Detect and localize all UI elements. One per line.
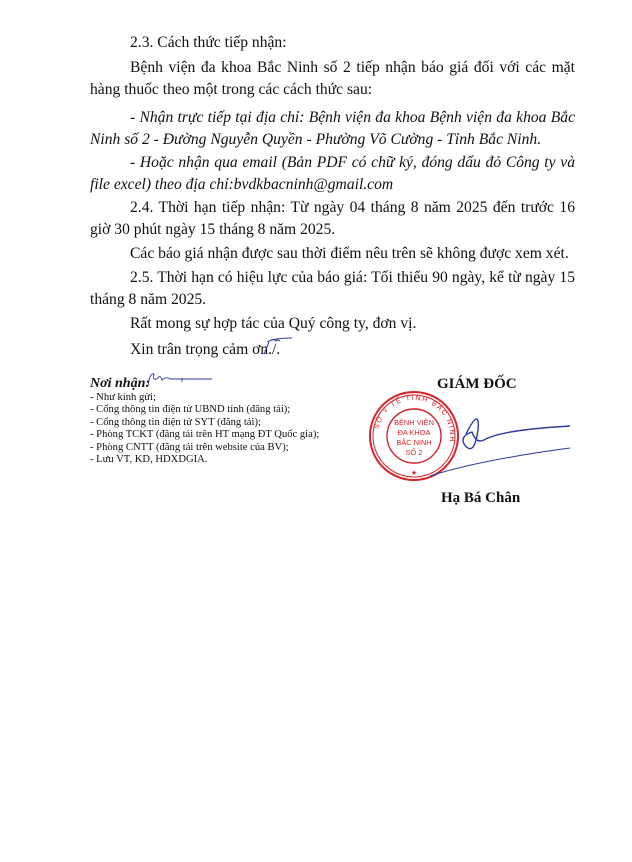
initial-mark (262, 336, 296, 358)
recipient-item: - Cổng thông tin điện tử UBND tỉnh (đăng… (90, 404, 370, 416)
method-direct: - Nhận trực tiếp tại địa chỉ: Bệnh viện … (90, 107, 575, 151)
recipient-item: - Phòng TCKT (đăng tải trên HT mạng ĐT Q… (90, 429, 370, 441)
recipient-item: - Như kính gửi; (90, 392, 370, 404)
recipients-title: Nơi nhận: (90, 376, 370, 392)
signature-name: Hạ Bá Chân (441, 490, 520, 507)
recipient-item: - Phòng CNTT (đăng tải trên website của … (90, 442, 370, 454)
section-2-5-validity: 2.5. Thời hạn có hiệu lực của báo giá: T… (90, 267, 575, 311)
director-signature (420, 400, 580, 480)
section-2-3-heading: 2.3. Cách thức tiếp nhận: (130, 32, 575, 54)
recipients-initials (146, 370, 216, 390)
method-email: - Hoặc nhận qua email (Bản PDF có chữ ký… (90, 152, 575, 196)
section-2-4-deadline: 2.4. Thời hạn tiếp nhận: Từ ngày 04 thán… (90, 197, 575, 241)
closing-thanks: Xin trân trọng cảm ơn./. (130, 339, 575, 361)
recipients-list: - Như kính gửi; - Cổng thông tin điện tử… (90, 392, 370, 466)
recipient-item: - Lưu VT, KD, HDXDGIA. (90, 454, 370, 466)
recipients-block: Nơi nhận: - Như kính gửi; - Cổng thông t… (90, 376, 370, 466)
closing-cooperation: Rất mong sự hợp tác của Quý công ty, đơn… (130, 313, 575, 335)
document-page: 2.3. Cách thức tiếp nhận: Bệnh viện đa k… (0, 0, 632, 862)
section-2-3-intro: Bệnh viện đa khoa Bắc Ninh số 2 tiếp nhậ… (90, 57, 575, 101)
section-2-4-note: Các báo giá nhận được sau thời điểm nêu … (130, 243, 575, 265)
recipient-item: - Cổng thông tin điện tử SYT (đăng tải); (90, 417, 370, 429)
star-icon: ★ (411, 469, 417, 477)
